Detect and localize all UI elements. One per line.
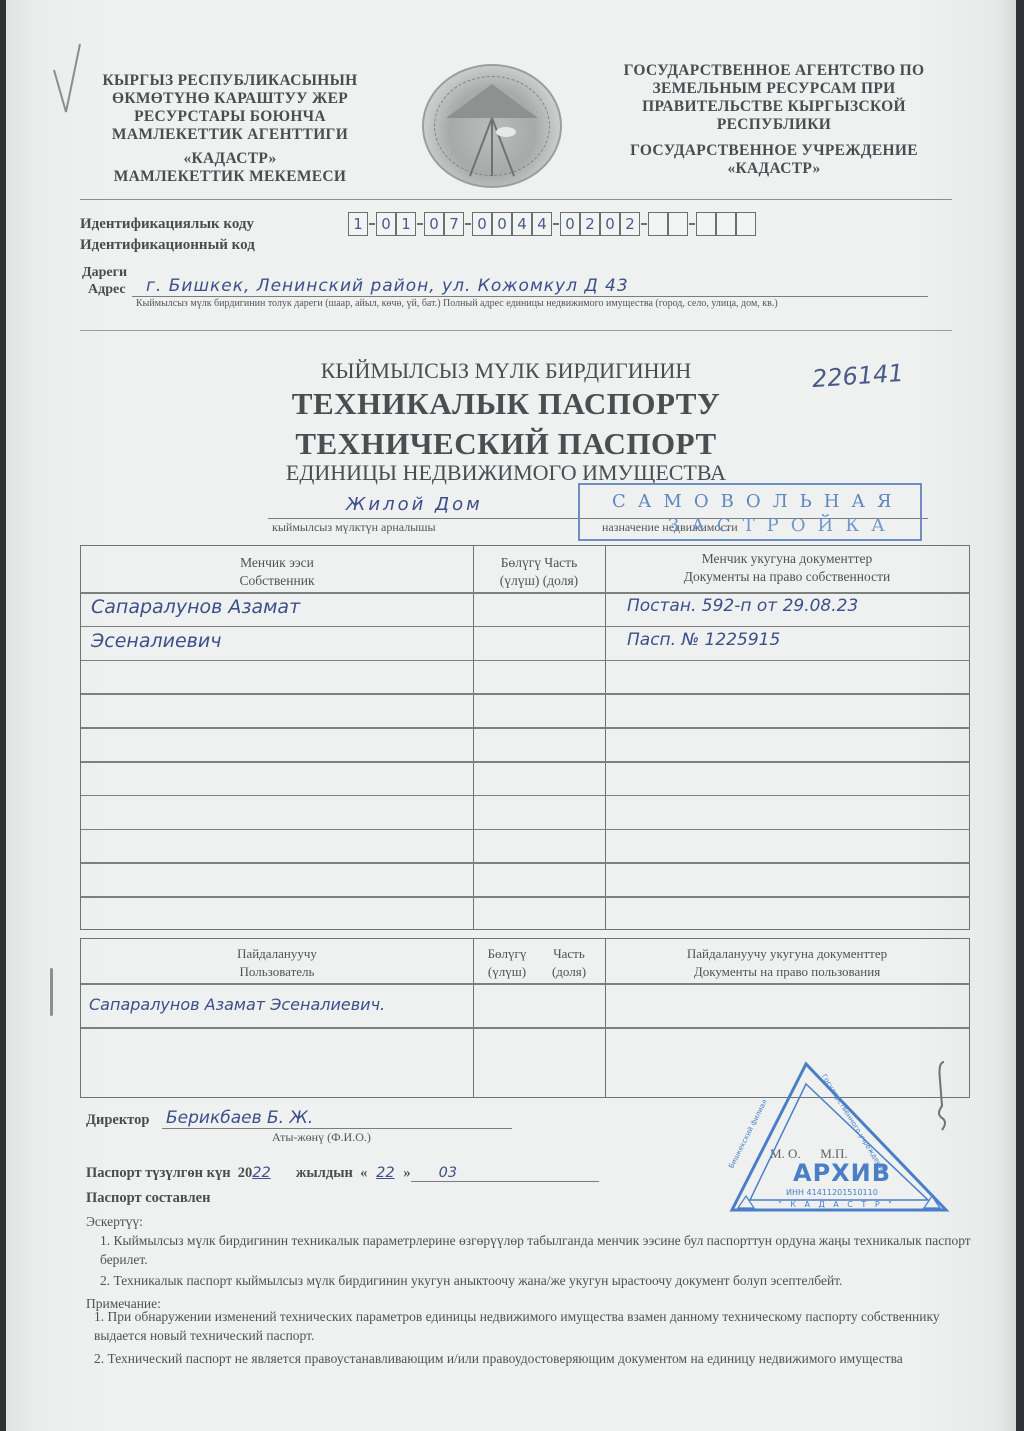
date-label-kg: Паспорт түзүлгөн күн [86, 1165, 231, 1181]
header-right-ru: ГОСУДАРСТВЕННОЕ АГЕНТСТВО ПО ЗЕМЕЛЬНЫМ Р… [604, 62, 944, 178]
owners-table-row [81, 660, 969, 694]
notes-ru: Примечание: 1. При обнаружении изменений… [86, 1294, 986, 1368]
date-year-prefix: 20 [238, 1165, 253, 1181]
id-code-label: Идентификациялык коду Идентификационный … [80, 214, 255, 256]
unauthorized-construction-stamp: САМОВОЛЬНАЯ ЗАСТРОЙКА [578, 483, 922, 541]
id-code-digit [696, 212, 716, 236]
header-right-line: ГОСУДАРСТВЕННОЕ АГЕНТСТВО ПО [604, 62, 944, 80]
header-left-line: МАМЛЕКЕТТИК АГЕНТТИГИ [80, 126, 380, 144]
date-day: 22 [367, 1165, 403, 1181]
address-divider [80, 330, 952, 331]
id-code-digit: 4 [532, 212, 552, 236]
owners-table-row [81, 693, 969, 727]
header-right-line: «КАДАСТР» [604, 160, 944, 178]
id-code-digit: 0 [472, 212, 492, 236]
owners-header-owner: Менчик ээсиСобственник [81, 554, 473, 590]
notes-kg: Эскертүү: 1. Кыймылсыз мүлк бирдигинин т… [86, 1212, 976, 1290]
owners-header-docs: Менчик укугуна документтерДокументы на п… [605, 550, 969, 586]
director-underline [162, 1128, 512, 1129]
purpose-label-kg: кыймылсыз мүлктүн арналышы [272, 520, 436, 535]
title-line-3: ТЕХНИЧЕСКИЙ ПАСПОРТ [206, 426, 806, 462]
header-left-kg: КЫРГЫЗ РЕСПУБЛИКАСЫНЫН ӨКМӨТҮНӨ КАРАШТУУ… [80, 72, 380, 186]
address-label-kg: Дареги [82, 264, 127, 281]
document-title: КЫЙМЫЛСЫЗ МҮЛК БИРДИГИНИН ТЕХНИКАЛЫК ПАС… [206, 358, 806, 486]
archive-stamp-bottom: " К А Д А С Т Р " [778, 1200, 895, 1209]
id-code-digit: 1 [348, 212, 368, 236]
users-header-user: ПайдалануучуПользователь [81, 945, 473, 981]
header-left-line: РЕСУРСТАРЫ БОЮНЧА [80, 108, 380, 126]
id-code-label-kg: Идентификациялык коду [80, 214, 255, 235]
owners-table-row [81, 727, 969, 761]
id-code-digit: 0 [424, 212, 444, 236]
header-left-line: МАМЛЕКЕТТИК МЕКЕМЕСИ [80, 168, 380, 186]
address-label: Дареги Адрес [82, 264, 127, 298]
id-code-digit [736, 212, 756, 236]
notes-kg-item: 2. Техникалык паспорт кыймылсыз мүлк бир… [86, 1271, 976, 1290]
stamp-line-2: ЗАСТРОЙКА [668, 515, 897, 536]
id-code-digit: 0 [376, 212, 396, 236]
passport-date: Паспорт түзүлгөн күн 2022 жылдын «22»03 [86, 1165, 599, 1182]
header-right-line: ЗЕМЕЛЬНЫМ РЕСУРСАМ ПРИ [604, 80, 944, 98]
purpose-value: Жилой Дом [346, 494, 483, 515]
margin-mark [50, 968, 53, 1016]
date-label-ru: Паспорт составлен [86, 1190, 210, 1207]
title-line-1: КЫЙМЫЛСЫЗ МҮЛК БИРДИГИНИН [206, 358, 806, 384]
date-month: 03 [411, 1165, 599, 1182]
users-table-row: Сапаралунов Азамат Эсеналиевич. [81, 983, 969, 1027]
owners-table: Менчик ээсиСобственник Бөлүгү Часть(үлүш… [80, 545, 970, 930]
users-header-share-ru: Часть(доля) [543, 945, 595, 981]
header-divider [80, 199, 952, 200]
id-code-digit: 0 [560, 212, 580, 236]
header-left-line: КЫРГЫЗ РЕСПУБЛИКАСЫНЫН [80, 72, 380, 90]
user-cell: Сапаралунов Азамат Эсеналиевич. [89, 995, 385, 1014]
id-code-digit: 0 [492, 212, 512, 236]
handwritten-number: 226141 [811, 359, 904, 393]
director-name: Берикбаев Б. Ж. [166, 1108, 313, 1128]
owners-table-row: Сапаралунов Азамат Постан. 592-п от 29.0… [81, 592, 969, 626]
id-code-digit [668, 212, 688, 236]
id-code-digit: 4 [512, 212, 532, 236]
notes-ru-item: 1. При обнаружении изменений технических… [86, 1307, 986, 1345]
header-right-line: ПРАВИТЕЛЬСТВЕ КЫРГЫЗСКОЙ [604, 98, 944, 116]
id-code-digit: 2 [580, 212, 600, 236]
owner-cell: Сапаралунов Азамат [91, 596, 300, 618]
header-right-line: РЕСПУБЛИКИ [604, 116, 944, 134]
docs-cell: Пасп. № 1225915 [627, 630, 780, 650]
owner-cell: Эсеналиевич [91, 630, 221, 652]
owners-table-row [81, 761, 969, 795]
id-code-digit [648, 212, 668, 236]
header-right-line: ГОСУДАРСТВЕННОЕ УЧРЕЖДЕНИЕ [604, 142, 944, 160]
notes-kg-item: 1. Кыймылсыз мүлк бирдигинин техникалык … [86, 1231, 976, 1269]
id-code-digit: 7 [444, 212, 464, 236]
director-label: Директор [86, 1112, 149, 1129]
title-line-2: ТЕХНИКАЛЫК ПАСПОРТУ [206, 386, 806, 422]
users-header-share-kg: Бөлүгү(үлүш) [481, 945, 533, 981]
date-year-word: жылдын [296, 1165, 353, 1181]
id-code-digit [716, 212, 736, 236]
address-underline [132, 296, 928, 297]
owners-header-share: Бөлүгү Часть(үлүш) (доля) [473, 554, 605, 590]
owners-table-row [81, 795, 969, 829]
passport-page: КЫРГЫЗ РЕСПУБЛИКАСЫНЫН ӨКМӨТҮНӨ КАРАШТУУ… [6, 0, 1016, 1431]
owners-table-row [81, 829, 969, 863]
id-code-digit: 0 [600, 212, 620, 236]
id-code-label-ru: Идентификационный код [80, 235, 255, 256]
id-code-boxes: 1010700440202 [348, 212, 756, 236]
owners-table-row [81, 896, 969, 930]
archive-stamp-inn: ИНН 41411201510110 [786, 1188, 878, 1197]
owners-table-row: Эсеналиевич Пасп. № 1225915 [81, 626, 969, 660]
notes-kg-title: Эскертүү: [86, 1212, 976, 1231]
date-year: 22 [252, 1165, 292, 1181]
address-value: г. Бишкек, Ленинский район, ул. Кожомкул… [146, 276, 629, 296]
notes-ru-item: 2. Технический паспорт не является право… [86, 1349, 986, 1368]
owners-table-row [81, 862, 969, 896]
users-header-docs: Пайдалануучу укугуна документтерДокумент… [605, 945, 969, 981]
director-name-hint: Аты-жөнү (Ф.И.О.) [272, 1130, 371, 1145]
id-code-digit: 2 [620, 212, 640, 236]
id-code-digit: 1 [396, 212, 416, 236]
stamp-line-1: САМОВОЛЬНАЯ [612, 491, 904, 512]
header-left-line: ӨКМӨТҮНӨ КАРАШТУУ ЖЕР [80, 90, 380, 108]
header-left-line: «КАДАСТР» [80, 150, 380, 168]
docs-cell: Постан. 592-п от 29.08.23 [627, 596, 858, 616]
state-emblem-icon [422, 64, 562, 188]
address-label-ru: Адрес [82, 281, 127, 298]
address-hint: Кыймылсыз мүлк бирдигинин толук дареги (… [136, 298, 778, 309]
